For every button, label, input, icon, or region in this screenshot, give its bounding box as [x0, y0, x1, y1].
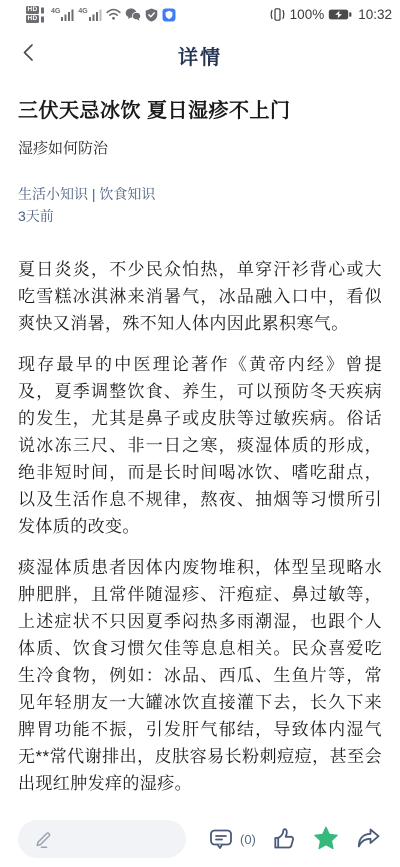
wechat-icon — [125, 8, 141, 21]
paragraph: 痰湿体质患者因体内废物堆积，体型呈现略水肿肥胖，且常伴随湿疹、汗疱症、鼻过敏等，… — [18, 554, 382, 797]
status-right-icons: 100% 10:32 — [269, 7, 392, 22]
article-category: 生活小知识 | 饮食知识 — [18, 185, 382, 204]
comment-count: (0) — [240, 832, 256, 847]
app-badge-icon — [162, 8, 176, 22]
network-type-label: 4G — [51, 8, 60, 15]
signal-bars-icon — [61, 8, 74, 21]
chevron-left-icon — [22, 43, 34, 63]
bottom-action-bar: (0) — [0, 811, 400, 867]
shield-check-icon — [145, 8, 158, 22]
phone-icon — [40, 7, 45, 14]
share-button[interactable] — [355, 826, 382, 852]
network-type-label: 4G — [78, 8, 87, 15]
battery-percent-label: 100% — [290, 7, 325, 22]
status-left-icons: HD HD 4G 4G — [26, 6, 176, 23]
comment-icon — [208, 826, 234, 852]
hd-icon: HD — [26, 15, 39, 23]
article-publish-time: 3天前 — [18, 207, 382, 226]
favorite-button[interactable] — [312, 825, 340, 853]
hd-volte-badges: HD HD — [26, 6, 45, 23]
signal-sim1: 4G — [51, 8, 74, 21]
article-detail-page: HD HD 4G 4G — [0, 0, 400, 867]
thumbs-up-icon — [271, 826, 297, 852]
signal-sim2: 4G — [78, 8, 101, 21]
article-content: 三伏天忌冰饮 夏日湿疹不上门 湿疹如何防治 生活小知识 | 饮食知识 3天前 夏… — [0, 98, 400, 838]
pencil-icon — [33, 829, 54, 850]
action-buttons: (0) — [208, 825, 382, 853]
article-subtitle: 湿疹如何防治 — [18, 137, 382, 158]
status-bar: HD HD 4G 4G — [0, 0, 400, 26]
vibrate-icon — [269, 8, 286, 21]
paragraph: 现存最早的中医理论著作《黄帝内经》曾提及，夏季调整饮食、养生，可以预防冬天疾病的… — [18, 351, 382, 540]
wifi-icon — [106, 8, 121, 21]
paragraph: 夏日炎炎，不少民众怕热，单穿汗衫背心或大吃雪糕冰淇淋来消暑气，冰品融入口中，看似… — [18, 256, 382, 337]
article-body: 夏日炎炎，不少民众怕热，单穿汗衫背心或大吃雪糕冰淇淋来消暑气，冰品融入口中，看似… — [18, 256, 382, 838]
hd-icon: HD — [26, 6, 39, 14]
clock-label: 10:32 — [358, 7, 392, 22]
signal-bars-icon — [89, 8, 102, 21]
like-button[interactable] — [271, 826, 297, 852]
star-icon — [312, 825, 340, 853]
comment-action[interactable]: (0) — [208, 826, 256, 852]
page-title: 详情 — [178, 41, 222, 70]
back-button[interactable] — [16, 37, 40, 74]
share-icon — [355, 826, 382, 852]
battery-charging-icon — [328, 8, 352, 21]
comment-input[interactable] — [18, 820, 186, 858]
phone-icon — [40, 16, 45, 23]
page-header: 详情 — [0, 26, 400, 84]
article-title: 三伏天忌冰饮 夏日湿疹不上门 — [18, 98, 382, 124]
